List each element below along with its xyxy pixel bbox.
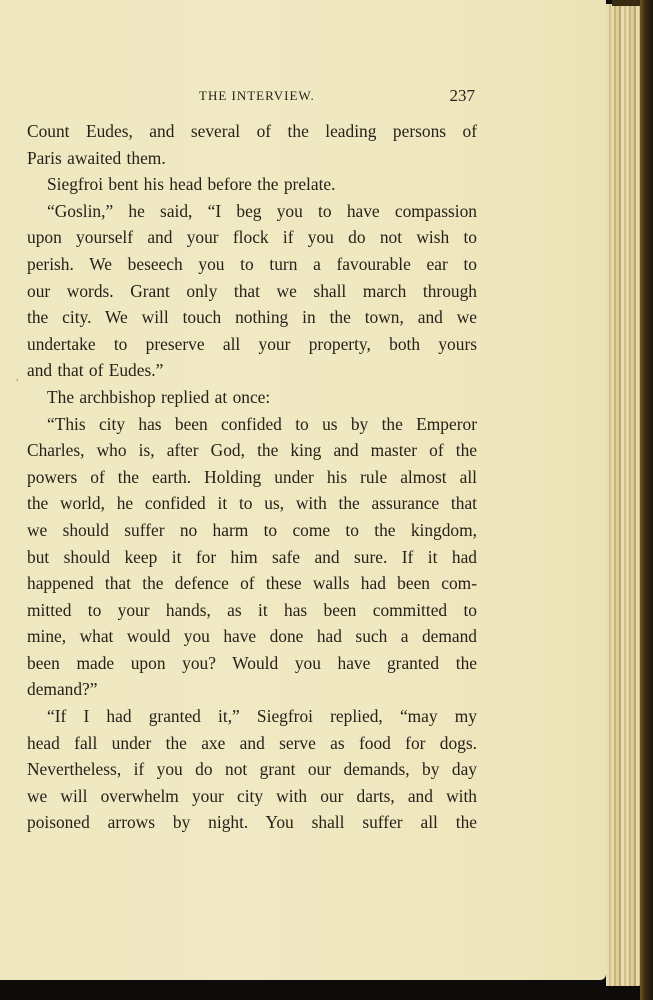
paragraph-start: “If I had granted it,” Siegfroi replied,…	[27, 703, 477, 730]
text-line: we should suffer no harm to come to the …	[27, 517, 477, 544]
text-line: head fall under the axe and serve as foo…	[27, 730, 477, 757]
page-text: THE INTERVIEW. 237 Count Eudes, and seve…	[27, 86, 477, 836]
text-line: we will overwhelm your city with our dar…	[27, 783, 477, 810]
margin-mark: ,	[16, 372, 19, 383]
text-line: Charles, who is, after God, the king and…	[27, 437, 477, 464]
text-line: perish. We beseech you to turn a favoura…	[27, 251, 477, 278]
page-number: 237	[450, 86, 476, 106]
text-line: the world, he confided it to us, with th…	[27, 490, 477, 517]
text-line: and that of Eudes.”	[27, 357, 477, 384]
running-head: THE INTERVIEW. 237	[27, 86, 477, 110]
text-line: Count Eudes, and several of the leading …	[27, 118, 477, 145]
text-line: powers of the earth. Holding under his r…	[27, 464, 477, 491]
paragraph-start: “Goslin,” he said, “I beg you to have co…	[27, 198, 477, 225]
paragraph-start: “This city has been confided to us by th…	[27, 411, 477, 438]
text-line: our words. Grant only that we shall marc…	[27, 278, 477, 305]
text-line: been made upon you? Would you have grant…	[27, 650, 477, 677]
book-binding	[640, 0, 653, 1000]
text-line: upon yourself and your flock if you do n…	[27, 224, 477, 251]
page-edges	[606, 4, 642, 986]
text-line: the city. We will touch nothing in the t…	[27, 304, 477, 331]
text-line: mitted to your hands, as it has been com…	[27, 597, 477, 624]
text-line: happened that the defence of these walls…	[27, 570, 477, 597]
text-line: Nevertheless, if you do not grant our de…	[27, 756, 477, 783]
text-line: but should keep it for him safe and sure…	[27, 544, 477, 571]
paragraph-start: The archbishop replied at once:	[27, 384, 477, 411]
text-line: undertake to preserve all your property,…	[27, 331, 477, 358]
running-title: THE INTERVIEW.	[199, 88, 315, 104]
text-line: Paris awaited them.	[27, 145, 477, 172]
book-scan: , THE INTERVIEW. 237 Count Eudes, and se…	[0, 0, 653, 1000]
paragraph-start: Siegfroi bent his head before the prelat…	[27, 171, 477, 198]
text-line: poisoned arrows by night. You shall suff…	[27, 809, 477, 836]
text-line: mine, what would you have done had such …	[27, 623, 477, 650]
text-line: demand?”	[27, 676, 477, 703]
